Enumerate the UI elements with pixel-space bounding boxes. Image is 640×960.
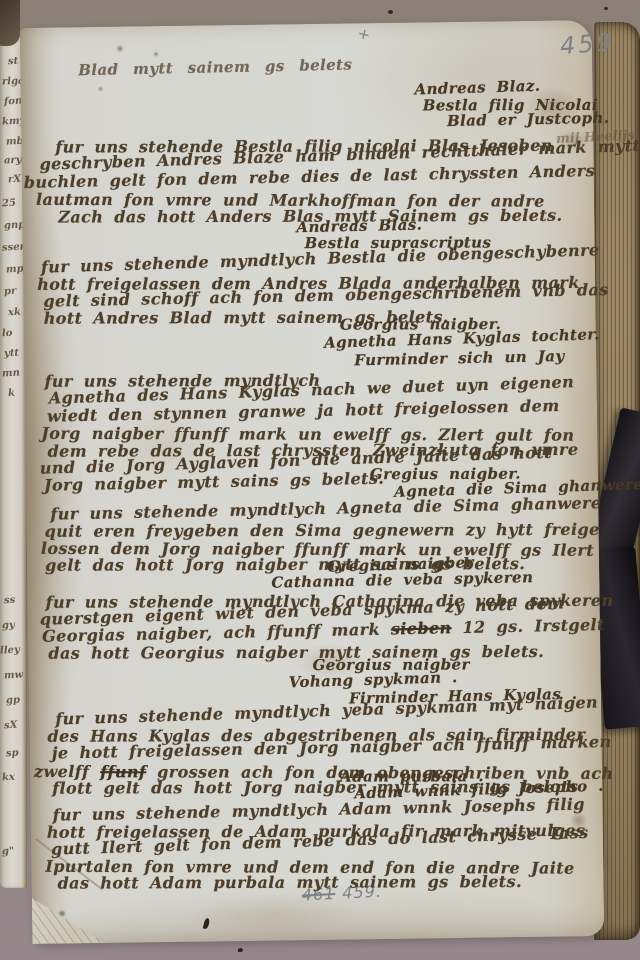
manuscript-page: + 459 461459. Blad mytt sainem gs belets… <box>20 20 605 944</box>
opening-line: Blad mytt sainem gs belets <box>78 57 352 78</box>
margin-fragment: lley <box>0 644 20 656</box>
text-line: das hott Georgius naigber mytt sainem gs… <box>48 644 544 662</box>
margin-fragment: k <box>8 388 16 399</box>
margin-fragment: ytt <box>4 348 20 360</box>
margin-fragment: gy <box>2 620 15 632</box>
text-line: fur uns stehende myndtlych Adam wnnk Jos… <box>52 797 585 824</box>
margin-fragment: lo <box>2 328 13 340</box>
section-heading-line: Cathanna die veba spykeren <box>271 570 533 590</box>
background-speck <box>604 7 608 10</box>
margin-fragment: xk <box>8 307 21 319</box>
pencil-plus-mark: + <box>356 24 372 44</box>
margin-fragment: mp <box>6 264 24 276</box>
margin-fragment: pr <box>4 286 17 298</box>
text-line: Jorg naigber mytt sains gs belets. <box>44 471 385 494</box>
binding-corner <box>0 0 20 46</box>
margin-fragment: ary <box>4 155 22 167</box>
struck-word: sieben <box>391 618 452 638</box>
manuscript-photo: st rlgal fon kmy mbd ary rX 25 gnp ssen … <box>0 0 640 960</box>
section-heading-line: Andreas Blas. <box>296 218 422 236</box>
text-line: das hott Adam purbala mytt sainem gs bel… <box>58 874 522 892</box>
margin-fragment: kx <box>2 772 15 784</box>
margin-fragment: st <box>8 56 19 68</box>
margin-fragment: rX <box>8 174 22 186</box>
margin-fragment: g" <box>2 846 15 858</box>
margin-fragment: sp <box>6 748 19 760</box>
margin-fragment: ss <box>4 595 16 607</box>
text-line: fur uns stehende myndtlych Agneta die Si… <box>50 495 601 523</box>
margin-fragment: mn <box>2 368 20 380</box>
section-heading-line: Blad er Justcoph. <box>447 111 610 129</box>
page-number-top-right: 459 <box>559 28 616 60</box>
section-heading-line: Andreas Blaz. <box>414 79 540 98</box>
margin-fragment: sX <box>4 720 18 732</box>
text-line: fur uns stehende myndtlych yeba spykman … <box>55 695 598 728</box>
margin-fragment: mw <box>4 670 24 682</box>
background-mark <box>238 948 243 952</box>
section-heading-line: Furminder sich un Jay <box>354 349 564 368</box>
margin-fragment: 25 <box>2 198 16 210</box>
text-line: quit eren freygeben den Sima gegnewern z… <box>45 522 600 540</box>
margin-fragment: gp <box>6 695 21 707</box>
background-speck <box>388 10 393 14</box>
